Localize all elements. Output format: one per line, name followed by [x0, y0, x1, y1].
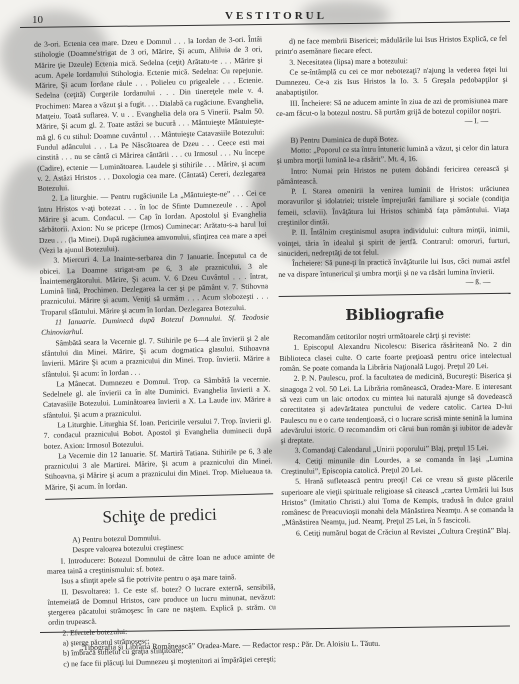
bibliografie-item: 6. Cetiţi numărul bogat de Crăciun al Re…	[282, 525, 514, 539]
header-rule	[20, 21, 510, 28]
page-number: 10	[32, 14, 43, 26]
predici-title: Schiţe de predici	[45, 502, 273, 530]
bibliografie-item: 2. P. N. Paulescu, prof. la facultatea d…	[280, 371, 513, 446]
predici-item: P. I. Starea omenirii la venirea luminii…	[277, 184, 510, 228]
predici-item: Ce se-întâmplă cu cei ce mor nebotezaţi?…	[275, 65, 507, 99]
predici-item: P. II. Întâlnim creştinismul asupra indi…	[278, 225, 510, 259]
liturgical-text: Sâmbătă seara la Vecernie gl. 7. Stihiri…	[41, 333, 270, 380]
liturgical-text: La Mânecat. Dumnezeu e Domnul. Trop. ca …	[42, 374, 271, 421]
left-column: de 3-ori. Ectenia cea mare. Dzeu e Domnu…	[34, 34, 277, 669]
section-rule	[279, 293, 511, 297]
bibliografie-item: 5. Hrană sufletească pentru preoţi! Cei …	[281, 474, 514, 529]
document-page: 10 VESTITORUL de 3-ori. Ectenia cea mare…	[20, 0, 510, 684]
predici-item: II. Desvoltarea: 1. Ce este sf. botez? O…	[47, 582, 276, 629]
liturgical-text: 2. La liturghie. — Pentru rugăciunile La…	[38, 189, 267, 256]
liturgical-text: de 3-ori. Ectenia cea mare. Dzeu e Domnu…	[34, 34, 266, 194]
section-rule	[45, 493, 273, 500]
liturgical-text: La Vecernie din 12 Ianuarie. Sf. Martiră…	[44, 446, 273, 493]
liturgical-text: 3. Miercuri 4. La Inainte-serbarea din 7…	[39, 251, 268, 318]
running-head: 10 VESTITORUL	[20, 10, 510, 30]
journal-title: VESTITORUL	[225, 10, 327, 22]
bibliografie-title: Bibliografie	[279, 302, 511, 327]
right-column: d) ne face membrii Bisericei; mădulările…	[275, 34, 514, 539]
bibliografie-item: 1. Episcopul Alexandru Nicolescu: Biseri…	[279, 340, 511, 374]
